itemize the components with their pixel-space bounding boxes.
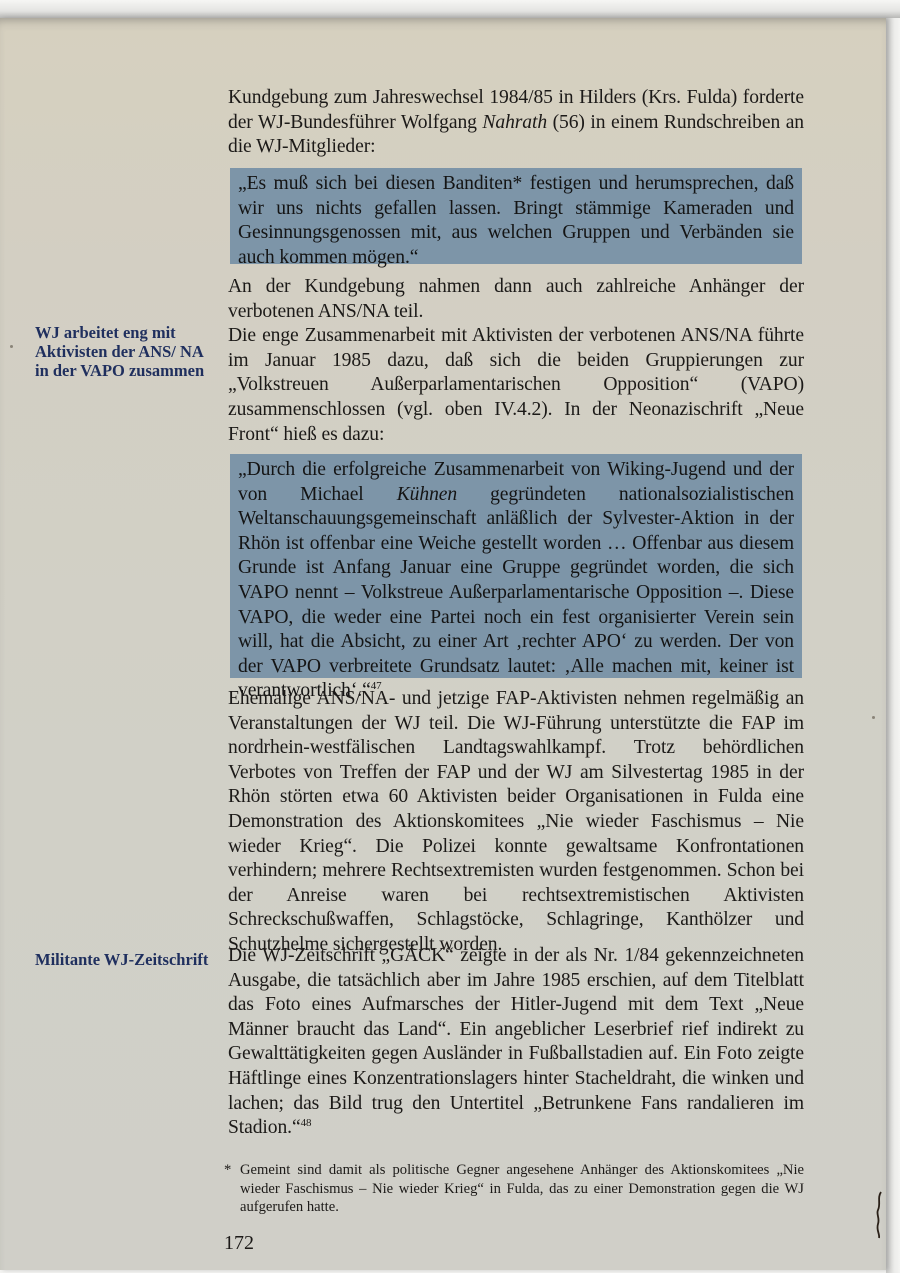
quote-1-text: „Es muß sich bei diesen Banditen* festig… xyxy=(238,173,794,268)
paragraph-4-text: Ehemalige ANS/NA- und jetzige FAP-Aktivi… xyxy=(228,687,804,958)
paragraph-5-text: Die WJ-Zeitschrift „GÄCK“ zeigte in der … xyxy=(228,945,804,1138)
footnote-text: Gemeint sind damit als politische Gegner… xyxy=(224,1161,804,1217)
quote-2-text-end: gegründeten nationalsozialistischen Welt… xyxy=(238,484,794,702)
intro-paragraph: Kundgebung zum Jahreswechsel 1984/85 in … xyxy=(228,86,804,160)
scan-right-edge xyxy=(886,18,900,1273)
paragraph-4: Ehemalige ANS/NA- und jetzige FAP-Aktivi… xyxy=(228,687,804,958)
footnote-ref-48[interactable]: 48 xyxy=(301,1117,312,1129)
paragraph-2-3: An der Kundgebung nahmen dann auch zahlr… xyxy=(228,275,804,447)
margin-note-1: WJ arbeitet eng mit Aktivisten der ANS/ … xyxy=(35,323,215,380)
footnote-mark: * xyxy=(224,1161,231,1180)
paragraph-3: Die enge Zusammenarbeit mit Aktivisten d… xyxy=(228,324,804,447)
paragraph-5: Die WJ-Zeitschrift „GÄCK“ zeigte in der … xyxy=(228,944,804,1141)
handwritten-bracket-icon xyxy=(874,1190,884,1240)
margin-note-2: Militante WJ-Zeitschrift xyxy=(35,950,215,969)
person-name: Nahrath xyxy=(482,112,547,133)
scan-top-edge xyxy=(0,0,900,18)
paragraph-2: An der Kundgebung nahmen dann auch zahlr… xyxy=(228,275,804,324)
person-name: Kühnen xyxy=(397,484,457,505)
quote-box-2: „Durch die erfolgreiche Zusammenarbeit v… xyxy=(230,454,802,678)
speck-mark xyxy=(10,345,13,348)
footnote: * Gemeint sind damit als politische Gegn… xyxy=(224,1161,804,1217)
page-number: 172 xyxy=(224,1232,254,1255)
speck-mark xyxy=(872,716,875,719)
quote-box-1: „Es muß sich bei diesen Banditen* festig… xyxy=(230,168,802,264)
